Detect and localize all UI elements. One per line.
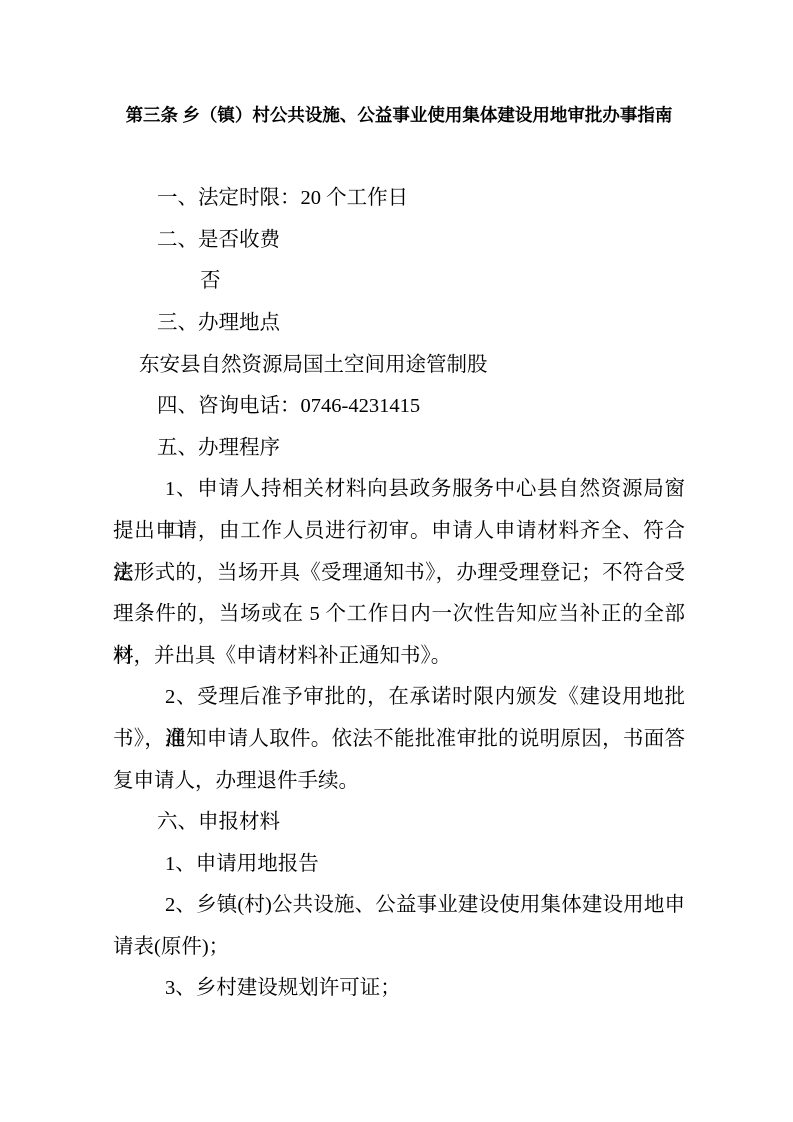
line-procedure-step2-1: 2、受理后准予审批的，在承诺时限内颁发《建设用地批准 [113,677,685,719]
line-handling-location-value: 东安县自然资源局国土空间用途管制股 [113,345,685,387]
line-fee-question: 二、是否收费 [113,220,685,262]
line-procedure-step1-2: 提出申请，由工作人员进行初审。申请人申请材料齐全、符合法 [113,511,685,553]
line-procedure-heading: 五、办理程序 [113,428,685,470]
line-fee-answer: 否 [113,261,685,303]
document-title: 第三条 乡（镇）村公共设施、公益事业使用集体建设用地审批办事指南 [113,95,685,137]
line-material-1: 1、申请用地报告 [113,844,685,886]
line-procedure-step1-4: 理条件的，当场或在 5 个工作日内一次性告知应当补正的全部材 [113,594,685,636]
line-procedure-step1-1: 1、申请人持相关材料向县政务服务中心县自然资源局窗口 [113,469,685,511]
line-procedure-step2-3: 复申请人，办理退件手续。 [113,761,685,803]
line-legal-time-limit: 一、法定时限：20 个工作日 [113,178,685,220]
line-procedure-step1-5: 料，并出具《申请材料补正通知书》。 [113,636,685,678]
line-material-2-1: 2、乡镇(村)公共设施、公益事业建设使用集体建设用地申 [113,885,685,927]
line-material-2-2: 请表(原件)； [113,927,685,969]
document-content: 第三条 乡（镇）村公共设施、公益事业使用集体建设用地审批办事指南 一、法定时限：… [113,95,685,1010]
line-material-3: 3、乡村建设规划许可证； [113,968,685,1010]
line-materials-heading: 六、申报材料 [113,802,685,844]
line-procedure-step2-2: 书》，通知申请人取件。依法不能批准审批的说明原因，书面答 [113,719,685,761]
line-phone-number: 四、咨询电话：0746-4231415 [113,386,685,428]
line-procedure-step1-3: 定形式的，当场开具《受理通知书》，办理受理登记；不符合受 [113,553,685,595]
document-page: 第三条 乡（镇）村公共设施、公益事业使用集体建设用地审批办事指南 一、法定时限：… [0,0,793,1122]
line-handling-location-heading: 三、办理地点 [113,303,685,345]
